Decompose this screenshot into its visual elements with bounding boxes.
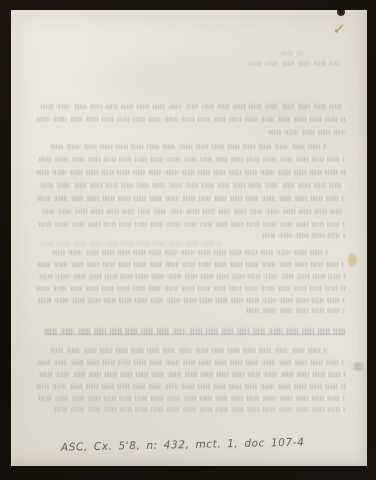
bleed-text-line [55,407,345,412]
bleed-text-line [51,144,327,149]
top-edge-spot [337,10,345,16]
bleed-text-line [281,51,303,56]
bleed-text-line [37,286,345,291]
bleed-text-line [39,157,345,162]
bleed-text-line [40,274,345,279]
bleed-text-line [41,183,345,188]
bleed-text-line [40,372,345,377]
bleed-text-line [39,222,345,227]
right-edge-smudge [353,362,364,371]
bleed-text-line [38,196,345,201]
photo-background: ✓ ASC, Cx. 5'8, n: 432, mct. 1, doc 107-… [0,0,376,480]
right-edge-stain [348,254,357,266]
bleed-text-line [38,262,345,267]
paper-sheet: ✓ ASC, Cx. 5'8, n: 432, mct. 1, doc 107-… [11,10,367,466]
bleedthrough-text-layer [11,10,367,466]
bleed-text-line [42,209,345,214]
bleed-text-line [249,61,339,66]
bleed-text-line [51,348,327,353]
bleed-text-line [41,104,345,109]
bleed-text-line [37,170,345,175]
bleed-heading-line [45,328,345,335]
bleed-text-line [41,241,221,246]
bleed-text-line [269,130,345,135]
bleed-text-line [39,396,345,401]
bleed-text-line [247,308,345,313]
bleed-text-line [37,384,345,389]
bleed-text-line [37,117,345,122]
bleed-text-line [53,250,327,255]
bleed-text-line [39,298,345,303]
bleed-text-line [263,233,345,238]
bleed-text-line [38,360,345,365]
